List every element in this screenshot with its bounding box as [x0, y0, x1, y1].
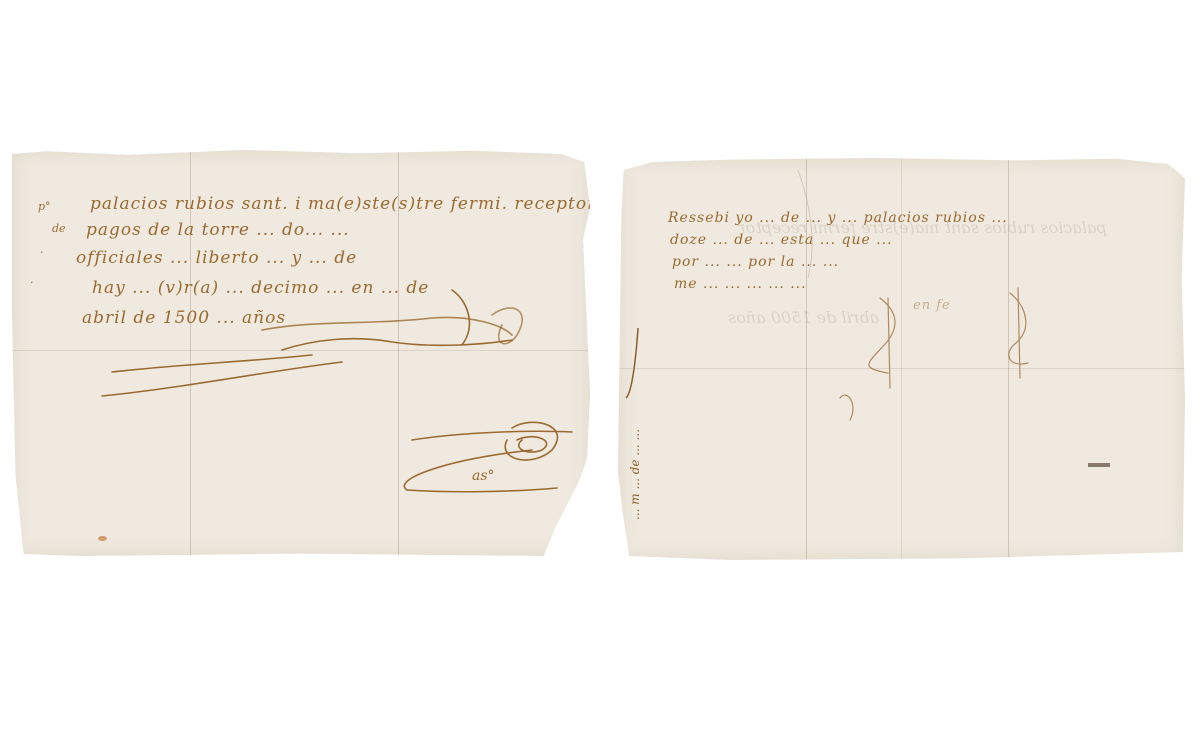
rubric-mark: as° — [472, 468, 495, 484]
vertical-margin-note: ... m ... de ... ... — [628, 429, 642, 520]
manuscript-recto: p° de · · palacios rubios sant. i ma(e)s… — [12, 150, 590, 556]
signature-flourish — [618, 158, 1185, 560]
ink-stain — [98, 536, 107, 541]
manuscript-verso: palacios rubios sant ma(e)stre fermi rec… — [618, 158, 1185, 560]
signature-flourish — [12, 150, 590, 556]
